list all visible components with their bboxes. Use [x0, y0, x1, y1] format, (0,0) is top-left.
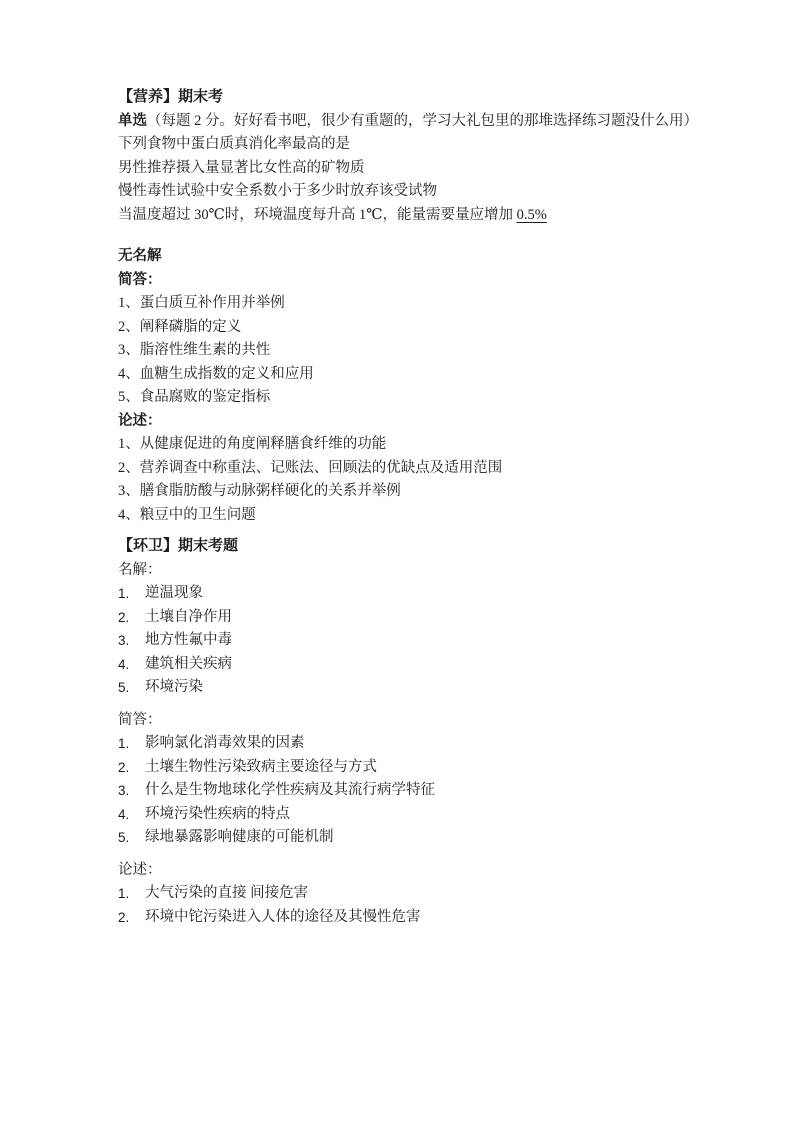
list-item: 2.土壤生物性污染致病主要途径与方式	[118, 756, 738, 780]
item-text: 营养调查中称重法、记账法、回顾法的优缺点及适用范围	[140, 460, 503, 476]
short-answer-heading: 简答：	[118, 269, 738, 293]
item-text: 逆温现象	[145, 582, 203, 606]
item-number: 5.	[118, 826, 145, 850]
item-number: 2.	[118, 606, 145, 630]
essay-heading: 论述：	[118, 859, 738, 883]
list-item: 3、脂溶性维生素的共性	[118, 339, 738, 363]
list-item: 2、阐释磷脂的定义	[118, 316, 738, 340]
underlined-answer: 0.5%	[517, 207, 547, 223]
item-number: 4.	[118, 653, 145, 677]
item-text: 血糖生成指数的定义和应用	[140, 366, 314, 382]
list-item: 5.绿地暴露影响健康的可能机制	[118, 826, 738, 850]
item-number: 5.	[118, 676, 145, 700]
item-number: 1、	[118, 295, 140, 311]
list-item: 2.土壤自净作用	[118, 606, 738, 630]
section-gap	[118, 527, 738, 535]
environment-section-title: 【环卫】期末考题	[118, 535, 738, 559]
list-item: 3.什么是生物地球化学性疾病及其流行病学特征	[118, 779, 738, 803]
temperature-question-text: 当温度超过 30℃时，环境温度每升高 1℃，能量需要量应增加	[118, 207, 517, 223]
list-item: 4.建筑相关疾病	[118, 653, 738, 677]
list-item: 5、食品腐败的鉴定指标	[118, 386, 738, 410]
item-number: 4、	[118, 507, 140, 523]
item-number: 2、	[118, 319, 140, 335]
single-choice-label: 单选	[118, 113, 147, 129]
list-item: 1.逆温现象	[118, 582, 738, 606]
item-text: 膳食脂肪酸与动脉粥样硬化的关系并举例	[140, 483, 401, 499]
item-text: 绿地暴露影响健康的可能机制	[145, 826, 334, 850]
item-number: 1.	[118, 732, 145, 756]
item-number: 2.	[118, 756, 145, 780]
nutrition-section-title: 【营养】期末考	[118, 86, 738, 110]
item-number: 5、	[118, 389, 140, 405]
item-text: 脂溶性维生素的共性	[140, 342, 271, 358]
item-text: 阐释磷脂的定义	[140, 319, 242, 335]
list-item: 1、从健康促进的角度阐释膳食纤维的功能	[118, 433, 738, 457]
unnamed-definitions-heading: 无名解	[118, 245, 738, 269]
single-choice-note: （每题 2 分。好好看书吧，很少有重题的，学习大礼包里的那堆选择练习题没什么用）	[147, 113, 698, 129]
short-answer-heading: 简答：	[118, 709, 738, 733]
item-text: 大气污染的直接 间接危害	[145, 882, 308, 906]
item-text: 环境污染	[145, 676, 203, 700]
item-text: 从健康促进的角度阐释膳食纤维的功能	[140, 436, 387, 452]
item-text: 环境污染性疾病的特点	[145, 803, 290, 827]
question-line-temperature: 当温度超过 30℃时，环境温度每升高 1℃，能量需要量应增加 0.5%	[118, 204, 738, 228]
question-line: 下列食物中蛋白质真消化率最高的是	[118, 133, 738, 157]
section-gap	[118, 227, 738, 245]
item-number: 3.	[118, 779, 145, 803]
item-text: 影响氯化消毒效果的因素	[145, 732, 305, 756]
item-number: 3、	[118, 342, 140, 358]
item-text: 土壤自净作用	[145, 606, 232, 630]
list-item: 4、粮豆中的卫生问题	[118, 504, 738, 528]
item-number: 2.	[118, 906, 145, 930]
list-item: 3、膳食脂肪酸与动脉粥样硬化的关系并举例	[118, 480, 738, 504]
list-item: 4.环境污染性疾病的特点	[118, 803, 738, 827]
list-item: 3.地方性氟中毒	[118, 629, 738, 653]
document-page: 【营养】期末考 单选（每题 2 分。好好看书吧，很少有重题的，学习大礼包里的那堆…	[0, 0, 793, 1122]
item-text: 蛋白质互补作用并举例	[140, 295, 285, 311]
item-number: 1.	[118, 582, 145, 606]
list-item: 5.环境污染	[118, 676, 738, 700]
question-line: 慢性毒性试验中安全系数小于多少时放弃该受试物	[118, 180, 738, 204]
list-item: 1.影响氯化消毒效果的因素	[118, 732, 738, 756]
item-number: 1.	[118, 882, 145, 906]
item-number: 4、	[118, 366, 140, 382]
group-gap	[118, 850, 738, 859]
question-line: 男性推荐摄入量显著比女性高的矿物质	[118, 157, 738, 181]
item-text: 什么是生物地球化学性疾病及其流行病学特征	[145, 779, 435, 803]
list-item: 1、蛋白质互补作用并举例	[118, 292, 738, 316]
item-number: 3.	[118, 629, 145, 653]
group-gap	[118, 700, 738, 709]
item-text: 环境中铊污染进入人体的途径及其慢性危害	[145, 906, 421, 930]
essay-heading: 论述：	[118, 410, 738, 434]
list-item: 2、营养调查中称重法、记账法、回顾法的优缺点及适用范围	[118, 457, 738, 481]
item-text: 建筑相关疾病	[145, 653, 232, 677]
item-text: 土壤生物性污染致病主要途径与方式	[145, 756, 377, 780]
item-number: 1、	[118, 436, 140, 452]
item-number: 2、	[118, 460, 140, 476]
item-text: 地方性氟中毒	[145, 629, 232, 653]
list-item: 4、血糖生成指数的定义和应用	[118, 363, 738, 387]
list-item: 1.大气污染的直接 间接危害	[118, 882, 738, 906]
definitions-heading: 名解：	[118, 559, 738, 583]
item-number: 3、	[118, 483, 140, 499]
item-text: 粮豆中的卫生问题	[140, 507, 256, 523]
item-text: 食品腐败的鉴定指标	[140, 389, 271, 405]
list-item: 2.环境中铊污染进入人体的途径及其慢性危害	[118, 906, 738, 930]
item-number: 4.	[118, 803, 145, 827]
single-choice-intro-line: 单选（每题 2 分。好好看书吧，很少有重题的，学习大礼包里的那堆选择练习题没什么…	[118, 110, 738, 134]
